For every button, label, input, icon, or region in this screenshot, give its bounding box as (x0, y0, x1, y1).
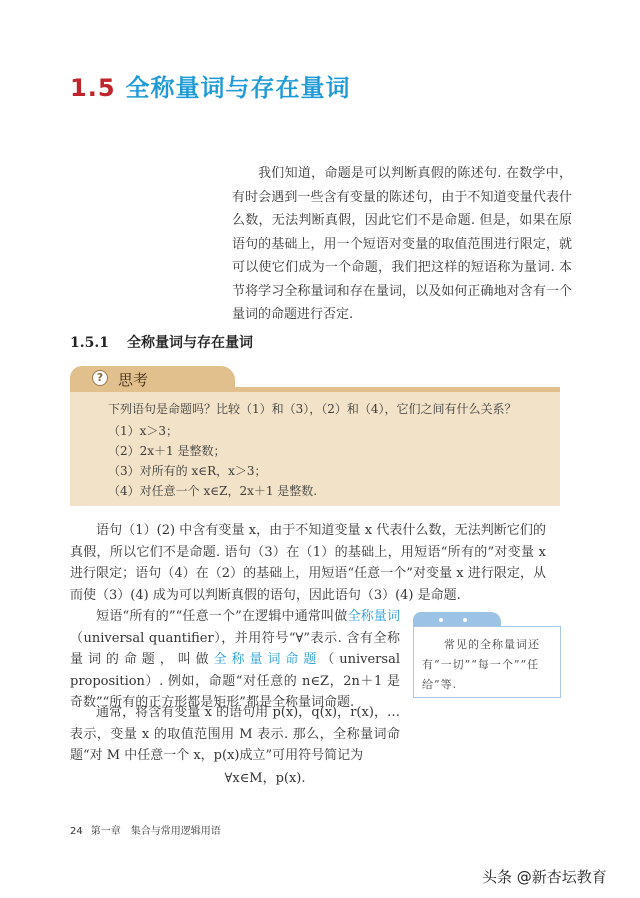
paragraph-3: 通常，将含有变量 x 的语句用 p(x)，q(x)，r(x)，… 表示，变量 x… (70, 702, 400, 767)
think-item-3: （3）对所有的 x∈R，x＞3； (108, 462, 267, 479)
think-item-1: （1）x＞3； (108, 422, 178, 439)
paragraph-1-text: 语句（1）(2) 中含有变量 x，由于不知道变量 x 代表什么数，无法判断它们的… (70, 523, 546, 603)
watermark: 头条 @新杏坛教育 (482, 866, 607, 887)
note-dot (463, 618, 467, 622)
think-item-4: （4）对任意一个 x∈Z，2x＋1 是整数. (108, 482, 317, 499)
section-title: 1.5全称量词与存在量词 (70, 68, 351, 103)
question-icon: ? (92, 370, 108, 386)
page-footer: 24第一章 集合与常用逻辑用语 (70, 822, 221, 837)
side-note: 常见的全称量词还有“一切”“每一个”“任给”等. (413, 612, 563, 697)
intro-paragraph: 我们知道，命题是可以判断真假的陈述句. 在数学中，有时会遇到一些含有变量的陈述句… (232, 162, 572, 327)
chapter-title: 第一章 集合与常用逻辑用语 (91, 826, 221, 837)
note-dot (439, 618, 443, 622)
term-universal-proposition: 全称量词命题 (214, 652, 322, 667)
page-number: 24 (70, 826, 83, 837)
note-text: 常见的全称量词还有“一切”“每一个”“任给”等. (422, 635, 554, 695)
section-title-text: 全称量词与存在量词 (126, 74, 351, 102)
think-body: 下列语句是命题吗？比较（1）和（3），（2）和（4），它们之间有什么关系？ （1… (70, 392, 560, 506)
paragraph-1: 语句（1）(2) 中含有变量 x，由于不知道变量 x 代表什么数，无法判断它们的… (70, 520, 546, 606)
think-box: ? 思考 下列语句是命题吗？比较（1）和（3），（2）和（4），它们之间有什么关… (70, 366, 560, 506)
term-universal-quantifier: 全称量词 (347, 609, 400, 624)
think-item-2: （2）2x＋1 是整数； (108, 442, 226, 459)
paragraph-3-text: 通常，将含有变量 x 的语句用 p(x)，q(x)，r(x)，… 表示，变量 x… (70, 705, 400, 763)
section-number: 1.5 (70, 74, 116, 102)
subsection-title: 全称量词与存在量词 (127, 335, 253, 351)
note-body: 常见的全称量词还有“一切”“每一个”“任给”等. (413, 626, 561, 698)
formula: ∀x∈M，p(x). (0, 767, 530, 786)
subsection-heading: 1.5.1全称量词与存在量词 (70, 332, 253, 352)
paragraph-2: 短语“所有的”“任意一个”在逻辑中通常叫做全称量词（universal quan… (70, 606, 400, 714)
subsection-number: 1.5.1 (70, 335, 109, 351)
paragraph-2-text-a: 短语“所有的”“任意一个”在逻辑中通常叫做 (96, 609, 347, 624)
think-question: 下列语句是命题吗？比较（1）和（3），（2）和（4），它们之间有什么关系？ (108, 400, 517, 417)
